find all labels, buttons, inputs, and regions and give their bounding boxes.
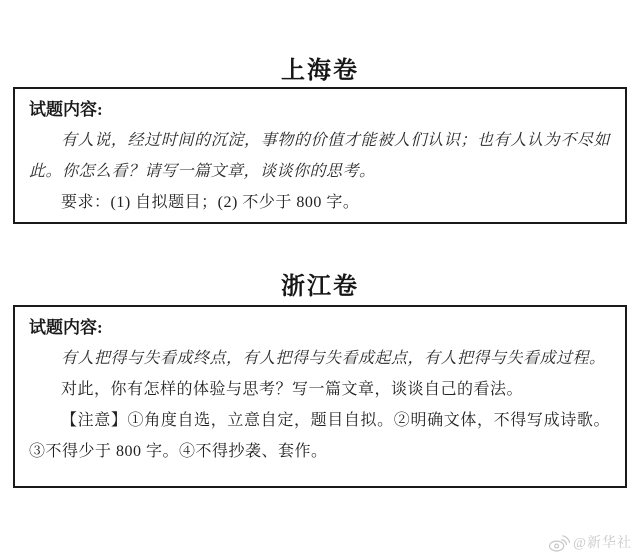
weibo-icon [548,533,570,552]
watermark-label: @新华社 [573,532,632,552]
question-prompt-text: 对此，你有怎样的体验与思考？写一篇文章，谈谈自己的看法。 [29,374,610,405]
section-title-shanghai: 上海卷 [0,50,640,85]
section-title-zhejiang: 浙江卷 [0,266,640,301]
question-notice-text: 【注意】①角度自选，立意自定，题目自拟。②明确文体，不得写成诗歌。③不得少于 8… [29,405,610,467]
question-body-text: 有人把得与失看成终点，有人把得与失看成起点，有人把得与失看成过程。 [29,343,610,374]
box-heading: 试题内容: [29,313,610,343]
question-box-shanghai: 试题内容: 有人说，经过时间的沉淀，事物的价值才能被人们认识；也有人认为不尽如此… [13,87,627,224]
watermark: @新华社 [548,532,632,552]
question-requirement-text: 要求：(1) 自拟题目；(2) 不少于 800 字。 [29,187,610,218]
box-heading: 试题内容: [29,95,610,125]
question-body-text: 有人说，经过时间的沉淀，事物的价值才能被人们认识；也有人认为不尽如此。你怎么看？… [29,125,610,187]
question-box-zhejiang: 试题内容: 有人把得与失看成终点，有人把得与失看成起点，有人把得与失看成过程。 … [13,305,627,488]
